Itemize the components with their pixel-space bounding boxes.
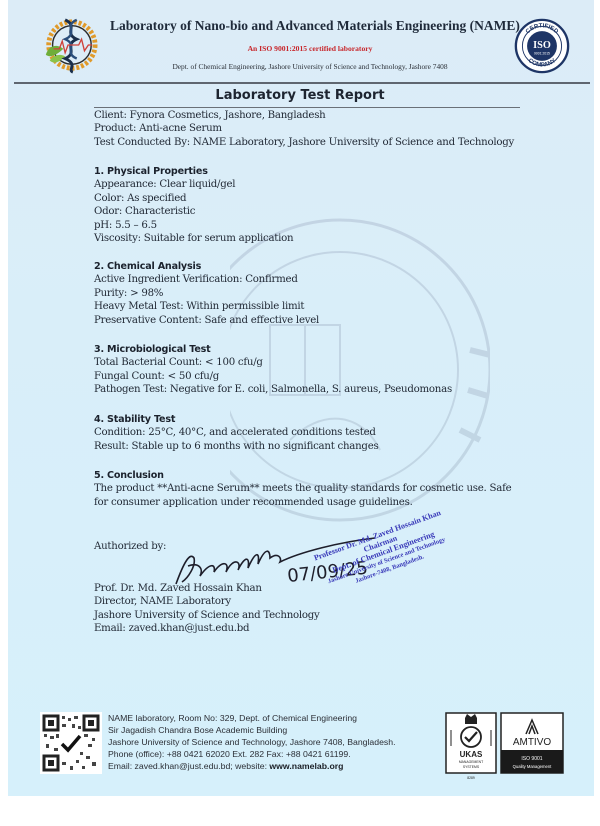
signatory-name: Prof. Dr. Md. Zaved Hossain Khan: [94, 582, 320, 595]
section-heading: 1. Physical Properties: [94, 165, 293, 178]
amtivo-iso-certification-icon: AMTIVO ISO 9001 Quality Management: [500, 712, 564, 774]
website-link[interactable]: www.namelab.org: [269, 761, 343, 771]
client-line: Client: Fynora Cosmetics, Jashore, Bangl…: [94, 109, 514, 122]
section-line: Odor: Characteristic: [94, 205, 293, 218]
svg-text:AMTIVO: AMTIVO: [513, 737, 552, 748]
section-line: Condition: 25°C, 40°C, and accelerated c…: [94, 426, 378, 439]
section-stability-test: 4. Stability Test Condition: 25°C, 40°C,…: [94, 413, 378, 453]
footer-phone-line: Phone (office): +88 0421 62020 Ext. 282 …: [108, 748, 396, 760]
svg-text:9001:2015: 9001:2015: [534, 51, 550, 55]
section-heading: 4. Stability Test: [94, 413, 378, 426]
section-heading: 2. Chemical Analysis: [94, 260, 319, 273]
svg-text:UKAS: UKAS: [460, 750, 483, 759]
title-divider: [94, 107, 520, 108]
section-line: Viscosity: Suitable for serum applicatio…: [94, 232, 293, 245]
section-line: Purity: > 98%: [94, 287, 319, 300]
product-line: Product: Anti-acne Serum: [94, 122, 514, 135]
svg-text:SYSTEMS: SYSTEMS: [463, 765, 480, 769]
name-lab-logo-icon: [40, 16, 98, 74]
client-info: Client: Fynora Cosmetics, Jashore, Bangl…: [94, 109, 514, 149]
section-line: for consumer application under recommend…: [94, 496, 511, 509]
section-line: Pathogen Test: Negative for E. coli, Sal…: [94, 383, 452, 396]
svg-text:ISO: ISO: [533, 40, 551, 51]
authorized-by-label: Authorized by:: [94, 540, 166, 553]
section-line: Total Bacterial Count: < 100 cfu/g: [94, 356, 452, 369]
svg-text:ISO 9001: ISO 9001: [521, 756, 542, 762]
footer-contact: NAME laboratory, Room No: 329, Dept. of …: [108, 712, 396, 772]
section-physical-properties: 1. Physical Properties Appearance: Clear…: [94, 165, 293, 245]
signatory-institution: Jashore University of Science and Techno…: [94, 609, 320, 622]
section-heading: 3. Microbiological Test: [94, 343, 452, 356]
department-address: Dept. of Chemical Engineering, Jashore U…: [110, 62, 510, 71]
signatory-title: Director, NAME Laboratory: [94, 595, 320, 608]
section-microbiological-test: 3. Microbiological Test Total Bacterial …: [94, 343, 452, 397]
svg-text:8289: 8289: [467, 776, 475, 780]
footer-address-line: Jashore University of Science and Techno…: [108, 736, 396, 748]
section-line: The product **Anti-acne Serum** meets th…: [94, 482, 511, 495]
section-line: Preservative Content: Safe and effective…: [94, 314, 319, 327]
iso-certified-badge-icon: CERTIFIED COMPANY ISO 9001:2015: [514, 18, 570, 74]
section-line: pH: 5.5 – 6.5: [94, 219, 293, 232]
section-line: Color: As specified: [94, 192, 293, 205]
footer-email-line: Email: zaved.khan@just.edu.bd; website: …: [108, 760, 396, 772]
conducted-by-line: Test Conducted By: NAME Laboratory, Jash…: [94, 136, 514, 149]
section-line: Active Ingredient Verification: Confirme…: [94, 273, 319, 286]
svg-text:Quality Management: Quality Management: [513, 764, 552, 769]
svg-text:MANAGEMENT: MANAGEMENT: [459, 760, 483, 764]
report-title: Laboratory Test Report: [0, 88, 600, 103]
footer-address-line: NAME laboratory, Room No: 329, Dept. of …: [108, 712, 396, 724]
section-conclusion: 5. Conclusion The product **Anti-acne Se…: [94, 469, 511, 509]
footer-address-line: Sir Jagadish Chandra Bose Academic Build…: [108, 724, 396, 736]
section-line: Result: Stable up to 6 months with no si…: [94, 440, 378, 453]
section-chemical-analysis: 2. Chemical Analysis Active Ingredient V…: [94, 260, 319, 327]
section-line: Fungal Count: < 50 cfu/g: [94, 370, 452, 383]
lab-name: Laboratory of Nano-bio and Advanced Mate…: [110, 18, 510, 34]
footer-email[interactable]: Email: zaved.khan@just.edu.bd; website:: [108, 761, 269, 771]
ukas-certification-icon: UKAS MANAGEMENT SYSTEMS 8289: [445, 712, 497, 782]
iso-certification-line: An ISO 9001:2015 certified laboratory: [110, 44, 510, 53]
section-heading: 5. Conclusion: [94, 469, 511, 482]
section-line: Appearance: Clear liquid/gel: [94, 178, 293, 191]
signatory-block: Prof. Dr. Md. Zaved Hossain Khan Directo…: [94, 582, 320, 636]
section-line: Heavy Metal Test: Within permissible lim…: [94, 300, 319, 313]
signatory-email: Email: zaved.khan@just.edu.bd: [94, 622, 320, 635]
qr-code-icon[interactable]: [40, 712, 102, 774]
header-divider: [14, 82, 590, 84]
